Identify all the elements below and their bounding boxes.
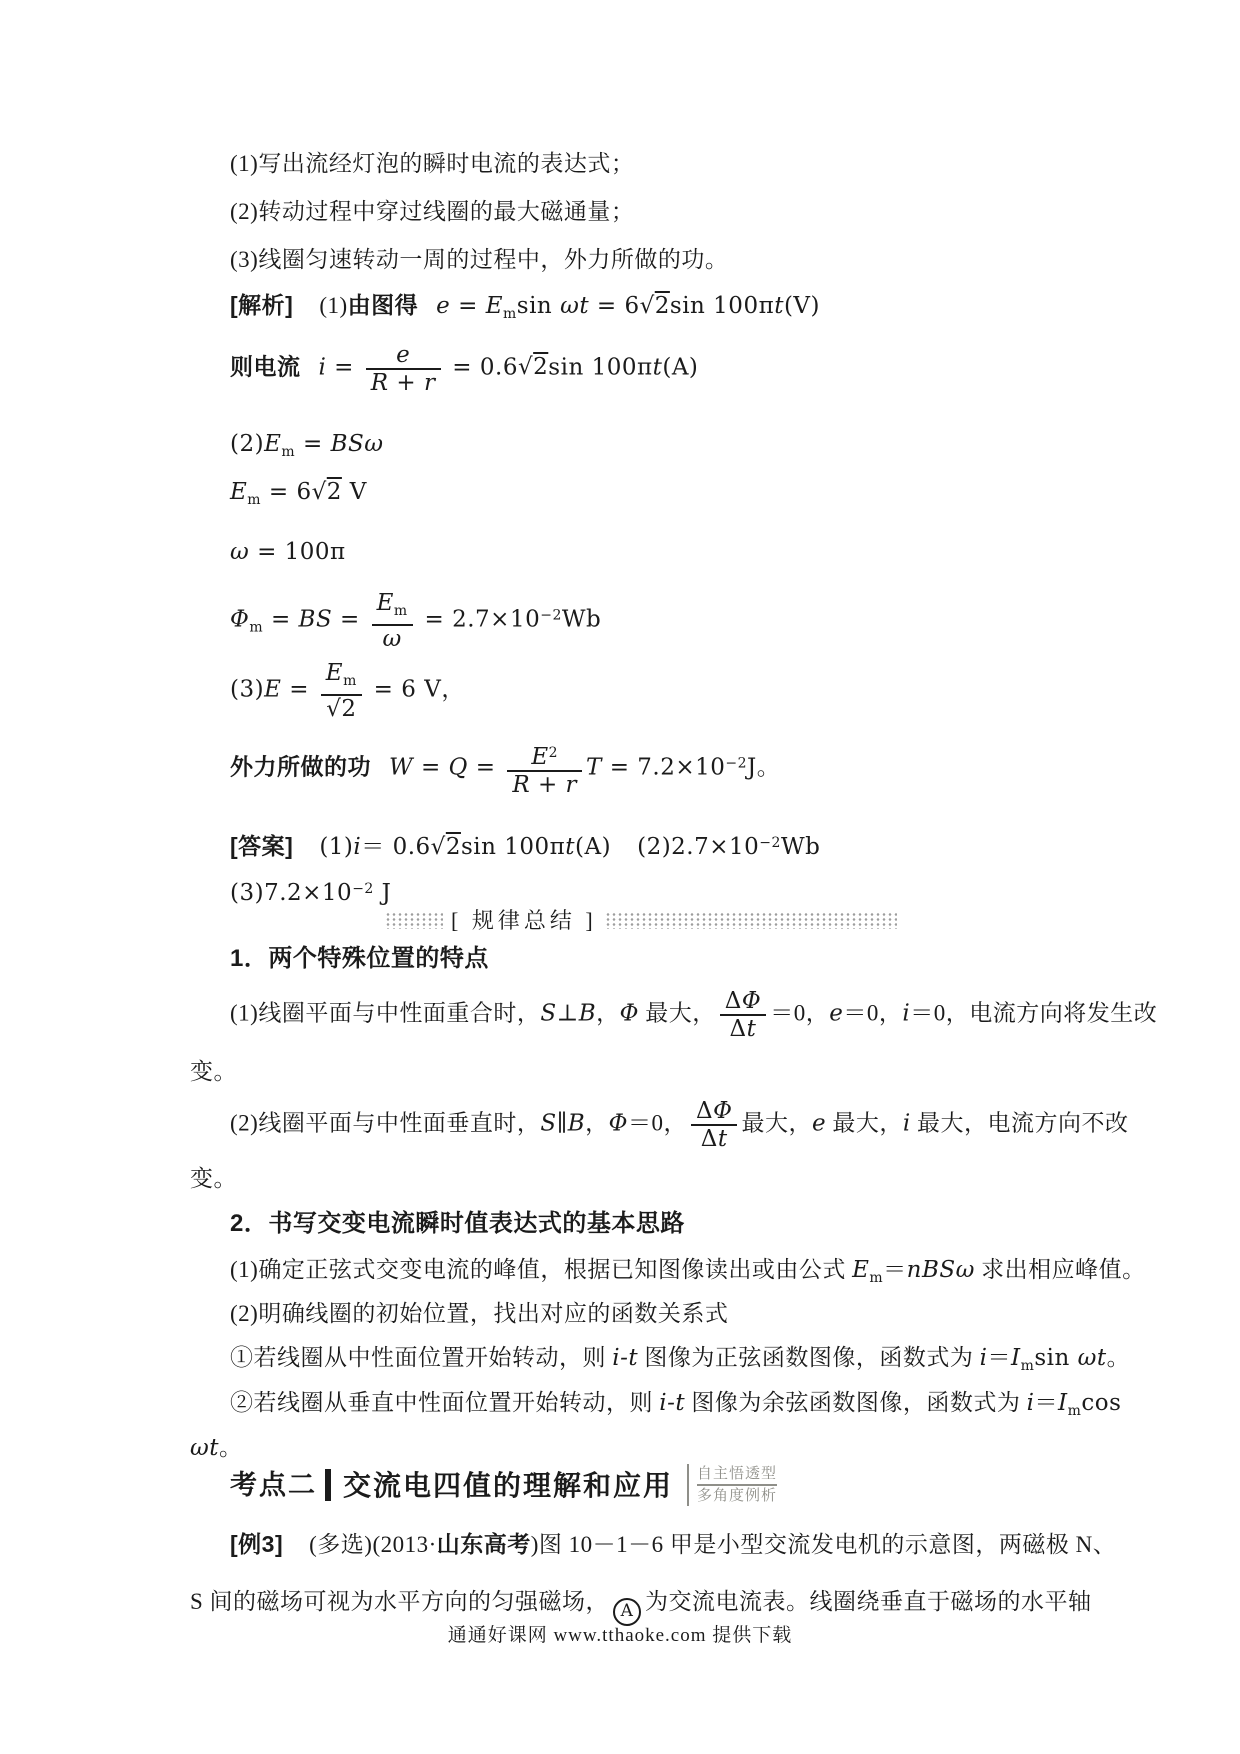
- exp-neg2: −2: [759, 835, 781, 851]
- op-eq: ＝ 0.6: [361, 834, 430, 860]
- var-w: ω: [230, 539, 249, 565]
- answer-line-1: [答案](1)i＝ 0.62sin 100πt(A)(2)2.7×10−2Wb: [190, 830, 820, 861]
- sub-m: m: [343, 673, 357, 689]
- summary-paragraph-3: (1)确定正弦式交变电流的峰值，根据已知图像读出或由公式 Em＝nBSω 求出相…: [190, 1256, 1146, 1292]
- op-plus: +: [389, 370, 424, 396]
- item-number: (3): [230, 676, 264, 702]
- var-W: W: [389, 754, 413, 780]
- example-3-line-1: [例3](多选)(2013·山东高考)图 10－1－6 甲是小型交流发电机的示意…: [190, 1531, 1116, 1558]
- var-R: R: [512, 772, 530, 798]
- delta: Δ: [725, 988, 742, 1014]
- op-eq6: = 6: [261, 479, 312, 505]
- fraction: E2R + r: [507, 740, 582, 798]
- sub-m: m: [394, 603, 408, 619]
- numerator: E2: [507, 740, 582, 772]
- unit-Wb: Wb: [781, 834, 820, 860]
- val-100pi: = 100π: [249, 539, 345, 565]
- radicand: 2: [655, 293, 670, 319]
- text: (1)确定正弦式交变电流的峰值，根据已知图像读出或由公式: [230, 1257, 852, 1282]
- op-eq6: = 6: [589, 293, 640, 319]
- unit-V: V: [342, 479, 367, 505]
- numerator: ΔΦ: [691, 1098, 737, 1126]
- var-wt: ωt: [560, 293, 589, 319]
- fn-sin100pi: sin 100π: [670, 293, 774, 319]
- fraction: Emω: [372, 590, 413, 652]
- var-I: I: [1011, 1345, 1021, 1371]
- rule-summary-divider: [ 规律总结 ]: [385, 905, 897, 934]
- op-eq: =: [295, 431, 330, 457]
- var-S: S: [540, 1110, 556, 1136]
- var-t: t: [653, 354, 663, 380]
- op-eq: ＝: [1034, 1390, 1058, 1415]
- fn-cos: cos: [1081, 1390, 1121, 1416]
- text: 图像为余弦函数图像，函数式为: [685, 1390, 1027, 1415]
- val-7p2: = 7.2×10: [602, 754, 726, 780]
- op-plus: +: [530, 772, 565, 798]
- numerator: ΔΦ: [720, 988, 766, 1016]
- sub-m: m: [249, 619, 263, 635]
- sqrt: 2: [431, 834, 461, 859]
- op-eq: =: [332, 606, 367, 632]
- summary-paragraph-1-cont: 变。: [190, 1058, 237, 1085]
- page-footer: 通通好课网 www.tthaoke.com 提供下载: [0, 1620, 1240, 1647]
- item-number: (1): [319, 834, 353, 860]
- denominator: R + r: [366, 370, 441, 396]
- var-B: B: [568, 1110, 585, 1136]
- denominator: R + r: [507, 772, 582, 798]
- summary-paragraph-4: (2)明确线圈的初始位置，找出对应的函数关系式: [190, 1300, 728, 1327]
- op-eq: =: [468, 754, 503, 780]
- delta: Δ: [730, 1016, 747, 1042]
- summary-paragraph-5: ①若线圈从中性面位置开始转动，则 i-t 图像为正弦函数图像，函数式为 i＝Im…: [190, 1344, 1130, 1380]
- analysis-line-4: Em = 62 V: [190, 478, 367, 514]
- op-parallel: ∥: [557, 1110, 568, 1136]
- text: (多选)(2013·: [309, 1532, 437, 1557]
- var-I: I: [1058, 1390, 1068, 1416]
- var-e: e: [829, 1000, 843, 1026]
- var-t: t: [747, 1016, 757, 1042]
- sub-m: m: [869, 1270, 883, 1286]
- sqrt: 2: [640, 293, 670, 318]
- var-wt: ωt: [190, 1435, 219, 1461]
- text: (1)线圈平面与中性面重合时，: [230, 1000, 540, 1025]
- unit-A: (A): [575, 834, 611, 860]
- op-eq: =: [263, 606, 298, 632]
- var-E: E: [531, 744, 548, 770]
- fn-sin: sin: [1034, 1345, 1077, 1371]
- summary-heading-1: 1．两个特殊位置的特点: [190, 945, 489, 972]
- tag-top: 自主悟透型: [697, 1464, 777, 1486]
- fraction: eR + r: [366, 342, 441, 396]
- text: ＝0，: [628, 1110, 687, 1135]
- unit-J: J: [374, 880, 392, 906]
- text: S 间的磁场可视为水平方向的匀强磁场，: [190, 1589, 609, 1614]
- val-2p7: = 2.7×10: [417, 606, 541, 632]
- sqrt: 2: [312, 479, 342, 504]
- numerator: Em: [372, 590, 413, 626]
- radicand: 2: [327, 479, 342, 505]
- text: ，: [585, 1110, 609, 1135]
- text: 求出相应峰值。: [975, 1257, 1146, 1282]
- var-t: t: [718, 1126, 728, 1152]
- answer-line-2: (3)7.2×10−2 J: [190, 876, 391, 907]
- delta: Δ: [701, 1126, 718, 1152]
- lead-text: 外力所做的功: [230, 753, 371, 779]
- var-B: B: [579, 1000, 596, 1026]
- fraction: Em2: [321, 660, 362, 722]
- summary-paragraph-1: (1)线圈平面与中性面重合时，S⊥B，Φ 最大，ΔΦΔt＝0，e＝0，i＝0，电…: [190, 988, 1157, 1042]
- val-6V: = 6 V，: [366, 676, 465, 702]
- fraction: ΔΦΔt: [720, 988, 766, 1042]
- var-Q: Q: [449, 754, 468, 780]
- item-number: (2): [230, 431, 264, 457]
- sub-m: m: [247, 492, 261, 508]
- unit-V: (V): [784, 293, 820, 319]
- dotted-rule-left: [385, 912, 443, 929]
- question-3: (3)线圈匀速转动一周的过程中，外力所做的功。: [190, 246, 728, 273]
- unit-Wb: Wb: [562, 606, 601, 632]
- document-page: (1)写出流经灯泡的瞬时电流的表达式； (2)转动过程中穿过线圈的最大磁通量； …: [0, 0, 1240, 1754]
- analysis-label: [解析]: [230, 292, 293, 318]
- var-Phi: Φ: [230, 606, 249, 632]
- question-1: (1)写出流经灯泡的瞬时电流的表达式；: [190, 150, 634, 177]
- text: 最大，电流方向不改: [911, 1110, 1129, 1135]
- text: ＝0，: [770, 1000, 829, 1025]
- text: ，: [596, 1000, 620, 1025]
- sub-m: m: [503, 306, 517, 322]
- question-2: (2)转动过程中穿过线圈的最大磁通量；: [190, 198, 634, 225]
- answer-label: [答案]: [230, 833, 293, 859]
- var-Phi: Φ: [713, 1098, 732, 1124]
- op-perp: ⊥: [557, 1000, 579, 1026]
- var-Phi: Φ: [620, 1000, 639, 1026]
- var-r: r: [566, 772, 578, 798]
- var-i: i: [903, 1110, 911, 1136]
- var-E: E: [377, 590, 394, 616]
- sqrt: 2: [326, 696, 356, 721]
- var-t: t: [774, 293, 784, 319]
- var-it: i-t: [612, 1345, 638, 1371]
- numerator: Em: [321, 660, 362, 696]
- exp-neg2: −2: [352, 881, 374, 897]
- var-w: ω: [383, 626, 402, 652]
- op-eq: ＝: [987, 1345, 1011, 1370]
- section-2-title: 交流电四值的理解和应用: [343, 1472, 673, 1499]
- denominator: Δt: [691, 1126, 737, 1152]
- var-nBSw: nBSω: [907, 1257, 975, 1283]
- denominator: Δt: [720, 1016, 766, 1042]
- analysis-line-5: ω = 100π: [190, 538, 346, 566]
- var-e: e: [396, 342, 410, 368]
- sub-m: m: [1021, 1358, 1035, 1374]
- answer-2-value: (2)2.7×10: [637, 834, 759, 860]
- var-S: S: [540, 1000, 556, 1026]
- radicand: 2: [533, 354, 548, 380]
- sup-2: 2: [549, 745, 558, 761]
- summary-heading-2: 2．书写交变电流瞬时值表达式的基本思路: [190, 1210, 685, 1237]
- var-E: E: [264, 676, 281, 702]
- var-e: e: [436, 293, 450, 319]
- var-E: E: [264, 431, 281, 457]
- var-BSw: BSω: [331, 431, 384, 457]
- var-e: e: [812, 1110, 826, 1136]
- dotted-rule-right: [605, 912, 897, 929]
- sub-m: m: [281, 444, 295, 460]
- text: 图像为正弦函数图像，函数式为: [638, 1345, 980, 1370]
- radicand: 2: [446, 834, 461, 860]
- fn-sin: sin: [517, 293, 560, 319]
- section-2-header: 考点二 交流电四值的理解和应用 自主悟透型 多角度例析: [190, 1464, 777, 1506]
- unit-A: (A): [662, 354, 698, 380]
- var-E: E: [230, 479, 247, 505]
- text: 最大，: [826, 1110, 903, 1135]
- denominator: 2: [321, 696, 362, 722]
- var-T: T: [586, 754, 602, 780]
- section-2-tag: 自主悟透型 多角度例析: [687, 1464, 777, 1506]
- analysis-line-6: Φm = BS = Emω = 2.7×10−2Wb: [190, 590, 601, 652]
- radicand: 2: [341, 696, 356, 722]
- text: ②若线圈从垂直中性面位置开始转动，则: [230, 1390, 659, 1415]
- lead-text: 由图得: [348, 292, 419, 318]
- var-E: E: [852, 1257, 869, 1283]
- text: (2)线圈平面与中性面垂直时，: [230, 1110, 540, 1135]
- var-E: E: [486, 293, 503, 319]
- var-Phi: Φ: [609, 1110, 628, 1136]
- op-eq: ＝: [883, 1257, 907, 1282]
- text: 。: [1107, 1345, 1131, 1370]
- summary-paragraph-2-cont: 变。: [190, 1165, 237, 1192]
- exam-source-bold: 山东高考: [437, 1531, 531, 1557]
- var-it: i-t: [659, 1390, 685, 1416]
- analysis-line-1: [解析](1)由图得e = Emsin ωt = 62sin 100πt(V): [190, 292, 820, 328]
- analysis-line-8: 外力所做的功W = Q = E2R + rT = 7.2×10−2J。: [190, 740, 780, 798]
- fn-sin100pi: sin 100π: [461, 834, 565, 860]
- text: 最大，: [741, 1110, 812, 1135]
- var-BS: BS: [299, 606, 333, 632]
- text: ＝0，: [843, 1000, 902, 1025]
- unit-J: J。: [747, 754, 780, 780]
- analysis-line-2: 则电流i = eR + r = 0.62sin 100πt(A): [190, 342, 698, 396]
- text: ＝0，电流方向将发生改: [910, 1000, 1157, 1025]
- answer-3-value: (3)7.2×10: [230, 880, 352, 906]
- text: 最大，: [639, 1000, 716, 1025]
- section-2-number: 考点二: [230, 1472, 317, 1499]
- summary-paragraph-2: (2)线圈平面与中性面垂直时，S∥B，Φ＝0，ΔΦΔt最大，e 最大，i 最大，…: [190, 1098, 1128, 1152]
- delta: Δ: [696, 1098, 713, 1124]
- fraction: ΔΦΔt: [691, 1098, 737, 1152]
- sqrt: 2: [518, 354, 548, 379]
- analysis-line-7: (3)E = Em2 = 6 V，: [190, 660, 465, 722]
- var-r: r: [424, 370, 436, 396]
- fn-sin100pi: sin 100π: [548, 354, 652, 380]
- analysis-line-3: (2)Em = BSω: [190, 430, 384, 466]
- lead-text: 则电流: [230, 353, 301, 379]
- denominator: ω: [372, 626, 413, 652]
- summary-paragraph-6-cont: ωt。: [190, 1434, 243, 1462]
- text: )图 10－1－6 甲是小型交流发电机的示意图，两磁极 N、: [531, 1532, 1117, 1557]
- summary-paragraph-6: ②若线圈从垂直中性面位置开始转动，则 i-t 图像为余弦函数图像，函数式为 i＝…: [190, 1389, 1121, 1425]
- op-eq06: = 0.6: [445, 354, 518, 380]
- exp-neg2: −2: [540, 607, 562, 623]
- op-eq: =: [281, 676, 316, 702]
- text: 为交流电流表。线圈绕垂直于磁场的水平轴: [645, 1589, 1092, 1614]
- var-t: t: [565, 834, 575, 860]
- text: ①若线圈从中性面位置开始转动，则: [230, 1345, 612, 1370]
- vertical-bar-divider: [325, 1469, 331, 1501]
- rule-summary-label: [ 规律总结 ]: [451, 908, 597, 933]
- text: 。: [219, 1435, 243, 1460]
- var-Phi: Φ: [742, 988, 761, 1014]
- numerator: e: [366, 342, 441, 370]
- op-eq: =: [413, 754, 448, 780]
- op-eq: =: [450, 293, 485, 319]
- var-wt: ωt: [1078, 1345, 1107, 1371]
- var-R: R: [371, 370, 389, 396]
- tag-bottom: 多角度例析: [697, 1486, 777, 1506]
- sub-m: m: [1068, 1403, 1082, 1419]
- exp-neg2: −2: [725, 755, 747, 771]
- var-E: E: [326, 660, 343, 686]
- example-3-label: [例3]: [230, 1531, 283, 1557]
- op-eq: =: [326, 354, 361, 380]
- item-number: (1): [319, 293, 347, 318]
